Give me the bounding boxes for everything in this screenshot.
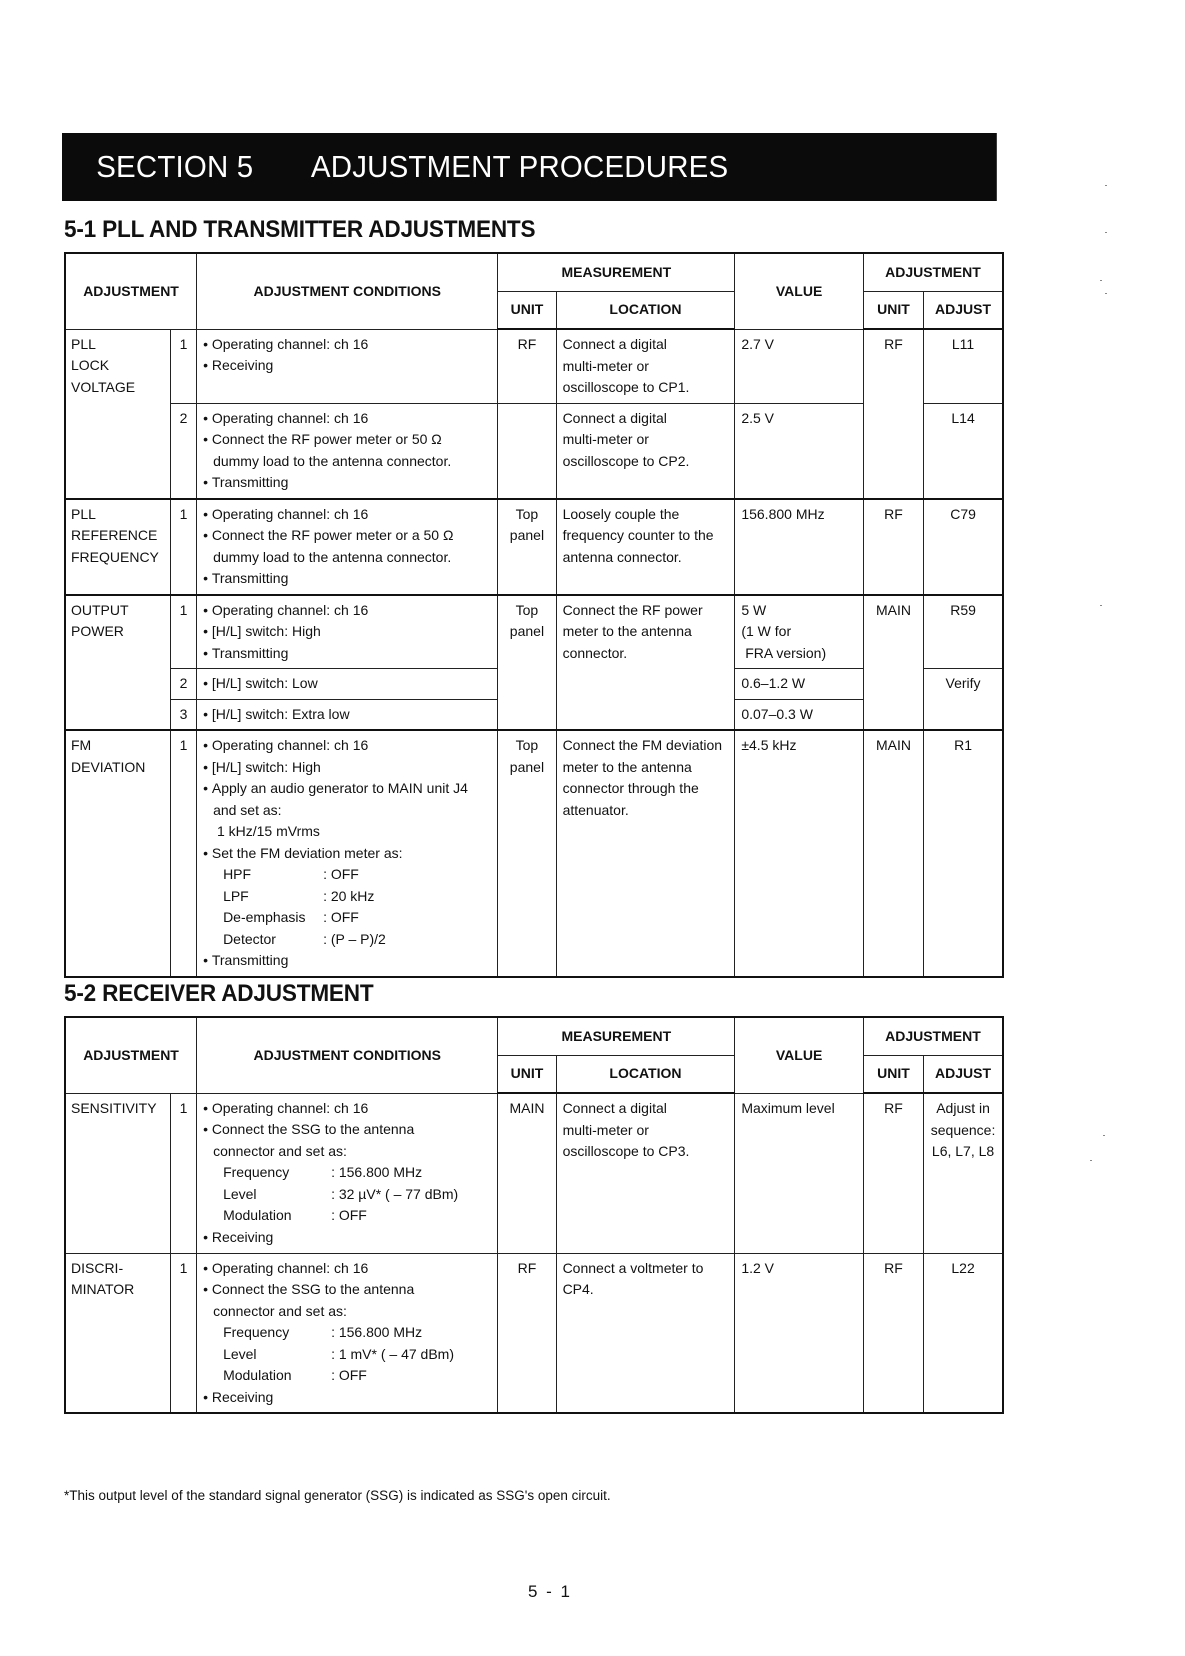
conditions: Operating channel: ch 16 Connect the RF … [197,499,498,595]
header-adj-adjust: ADJUST [924,1055,1003,1093]
header-adjustment: ADJUSTMENT [65,1017,197,1093]
value: 2.7 V [735,329,864,403]
value: 1.2 V [735,1253,864,1413]
adjust-part: C79 [924,499,1003,595]
header-adj-unit: UNIT [863,1055,923,1093]
measurement-unit: Top panel [498,499,556,595]
receiver-table: ADJUSTMENT ADJUSTMENT CONDITIONS MEASURE… [64,1016,1004,1414]
footnote: *This output level of the standard signa… [64,1488,611,1503]
header-conditions: ADJUSTMENT CONDITIONS [197,253,498,329]
section-number: SECTION 5 [96,149,311,185]
value: 0.07–0.3 W [735,699,864,730]
adjust-part: R59 [924,595,1003,669]
header-value: VALUE [735,253,864,329]
header-meas-unit: UNIT [498,1055,556,1093]
header-value: VALUE [735,1017,864,1093]
scan-speck [1090,1160,1092,1161]
header-adjustment-group: ADJUSTMENT [863,1017,1003,1055]
adjust-part: L22 [924,1253,1003,1413]
table-row: PLL REFERENCE FREQUENCY 1 Operating chan… [65,499,1003,595]
conditions: Operating channel: ch 16 [H/L] switch: H… [197,730,498,977]
header-meas-location: LOCATION [556,291,735,329]
table-row: FM DEVIATION 1 Operating channel: ch 16 … [65,730,1003,977]
section-banner: SECTION 5 ADJUSTMENT PROCEDURES [62,133,997,201]
step-number: 1 [170,499,196,595]
adjust-part: L11 [924,329,1003,403]
table-row: DISCRI- MINATOR 1 Operating channel: ch … [65,1253,1003,1413]
measurement-location: Connect a digital multi-meter or oscillo… [556,1093,735,1253]
adjustment-name: FM DEVIATION [65,730,170,977]
adjustment-unit: RF [863,329,923,499]
step-number: 1 [170,595,196,669]
adjust-part: R1 [924,730,1003,977]
adjust-part: Adjust in sequence: L6, L7, L8 [924,1093,1003,1253]
conditions: Operating channel: ch 16 Receiving [197,329,498,403]
adjustment-name: DISCRI- MINATOR [65,1253,170,1413]
subsection-title-receiver: 5-2 RECEIVER ADJUSTMENT [64,980,373,1008]
scan-speck [1100,280,1102,281]
pll-transmitter-table: ADJUSTMENT ADJUSTMENT CONDITIONS MEASURE… [64,252,1004,978]
step-number: 1 [170,730,196,977]
step-number: 1 [170,329,196,403]
conditions: Operating channel: ch 16 Connect the RF … [197,403,498,499]
measurement-unit: Top panel [498,730,556,977]
measurement-location: Connect the RF power meter to the antenn… [556,595,735,731]
header-adj-adjust: ADJUST [924,291,1003,329]
step-number: 1 [170,1253,196,1413]
table-row: OUTPUT POWER 1 Operating channel: ch 16 … [65,595,1003,669]
scan-speck [1105,293,1107,294]
measurement-location: Connect a digital multi-meter or oscillo… [556,403,735,499]
value: Maximum level [735,1093,864,1253]
measurement-unit: RF [498,1253,556,1413]
measurement-location: Connect the FM deviation meter to the an… [556,730,735,977]
header-meas-location: LOCATION [556,1055,735,1093]
table-row: 2 Operating channel: ch 16 Connect the R… [65,403,1003,499]
scan-speck [1105,232,1107,233]
measurement-location: Loosely couple the frequency counter to … [556,499,735,595]
adjustment-name: SENSITIVITY [65,1093,170,1253]
adjust-part: L14 [924,403,1003,499]
header-conditions: ADJUSTMENT CONDITIONS [197,1017,498,1093]
scan-speck [1100,605,1102,606]
conditions: Operating channel: ch 16 Connect the SSG… [197,1253,498,1413]
header-measurement: MEASUREMENT [498,253,735,291]
conditions: [H/L] switch: Low [197,669,498,700]
adjustment-name: PLL LOCK VOLTAGE [65,329,170,499]
section-title: ADJUSTMENT PROCEDURES [311,149,728,185]
adjustment-name: PLL REFERENCE FREQUENCY [65,499,170,595]
header-meas-unit: UNIT [498,291,556,329]
adjust-part: Verify [924,669,1003,731]
measurement-unit: RF [498,329,556,403]
subsection-title-pll-transmitter: 5-1 PLL AND TRANSMITTER ADJUSTMENTS [64,216,535,244]
scan-speck [1103,1135,1105,1136]
header-adjustment-group: ADJUSTMENT [863,253,1003,291]
conditions: [H/L] switch: Extra low [197,699,498,730]
step-number: 2 [170,669,196,700]
adjustment-unit: RF [863,1093,923,1253]
header-adjustment: ADJUSTMENT [65,253,197,329]
value: 2.5 V [735,403,864,499]
header-adj-unit: UNIT [863,291,923,329]
measurement-unit: MAIN [498,1093,556,1253]
adjustment-unit: MAIN [863,730,923,977]
adjustment-name: OUTPUT POWER [65,595,170,731]
header-measurement: MEASUREMENT [498,1017,735,1055]
scan-speck [1105,185,1107,186]
value: 5 W (1 W for FRA version) [735,595,864,669]
adjustment-unit: MAIN [863,595,923,731]
measurement-unit [498,403,556,499]
adjustment-unit: RF [863,1253,923,1413]
measurement-unit: Top panel [498,595,556,731]
value: 156.800 MHz [735,499,864,595]
table-row: SENSITIVITY 1 Operating channel: ch 16 C… [65,1093,1003,1253]
measurement-location: Connect a voltmeter to CP4. [556,1253,735,1413]
measurement-location: Connect a digital multi-meter or oscillo… [556,329,735,403]
conditions: Operating channel: ch 16 [H/L] switch: H… [197,595,498,669]
adjustment-unit: RF [863,499,923,595]
value: 0.6–1.2 W [735,669,864,700]
table-row: PLL LOCK VOLTAGE 1 Operating channel: ch… [65,329,1003,403]
conditions: Operating channel: ch 16 Connect the SSG… [197,1093,498,1253]
step-number: 1 [170,1093,196,1253]
value: ±4.5 kHz [735,730,864,977]
page-number: 5 - 1 [0,1582,1100,1602]
step-number: 3 [170,699,196,730]
step-number: 2 [170,403,196,499]
